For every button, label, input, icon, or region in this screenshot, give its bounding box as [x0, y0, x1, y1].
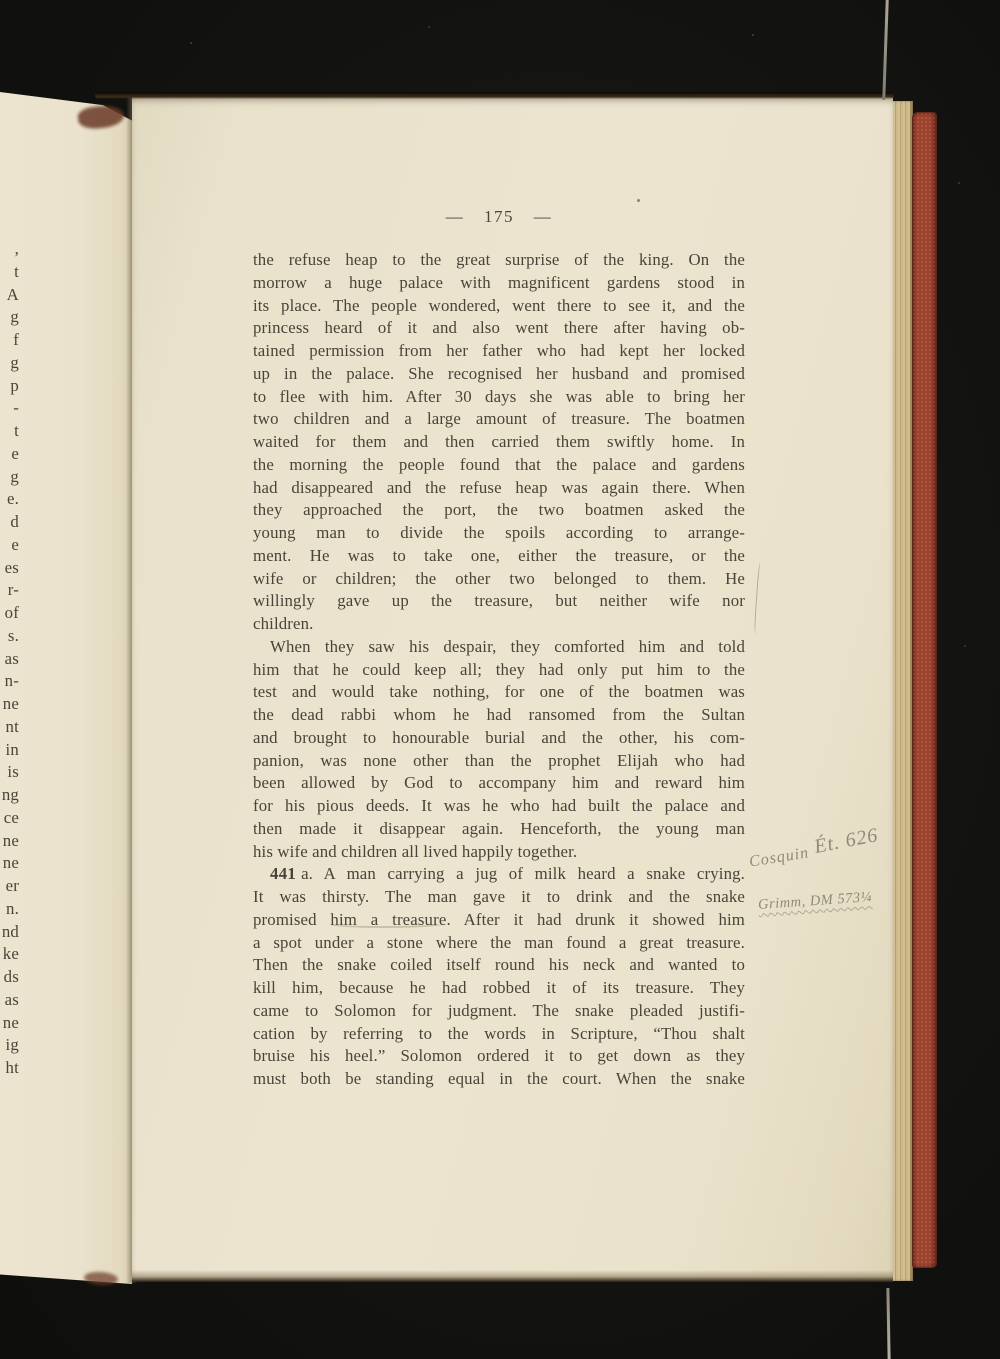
dust-speck: [752, 34, 754, 36]
text-line: the morning the people found that the pa…: [253, 454, 745, 477]
line-fragment: g: [0, 466, 19, 489]
line-text: panion, was none other than the prophet …: [253, 751, 745, 770]
line-text: When they saw his despair, they comforte…: [270, 637, 745, 656]
line-fragment: e: [0, 443, 19, 466]
line-text: tained permission from her father who ha…: [253, 341, 745, 360]
text-line: they approached the port, the two boatme…: [253, 499, 745, 522]
line-text: waited for them and then carried them sw…: [253, 432, 745, 451]
line-text: Then the snake coiled itself round his n…: [253, 955, 745, 974]
page-number: — 175 —: [253, 207, 745, 227]
book-page: — 175 — the refuse heap to the great sur…: [132, 97, 893, 1282]
line-text: been allowed by God to accompany him and…: [253, 773, 745, 792]
line-text: to flee with him. After 30 days she was …: [253, 387, 745, 406]
line-text: morrow a huge palace with magnificent ga…: [253, 273, 745, 292]
line-text: up in the palace. She recognised her hus…: [253, 364, 745, 383]
page-stack-edge: [893, 101, 913, 1281]
line-fragment: as: [0, 989, 19, 1012]
line-fragment: ds: [0, 966, 19, 989]
dust-speck: [964, 645, 966, 647]
line-text: must both be standing equal in the court…: [253, 1069, 745, 1088]
line-text: kill him, because he had robbed it of it…: [253, 978, 745, 997]
line-text: children.: [253, 614, 314, 633]
line-fragment: ke: [0, 943, 19, 966]
line-text: a spot under a stone where the man found…: [253, 933, 745, 952]
facing-page-edge: ,tAgfgp-tege.deesr-ofs.asn-nentinisngcen…: [0, 92, 132, 1284]
text-line: the dead rabbi whom he had ransomed from…: [253, 704, 745, 727]
dust-speck: [190, 42, 192, 44]
line-text: the dead rabbi whom he had ransomed from…: [253, 705, 745, 724]
line-text: the refuse heap to the great surprise of…: [253, 250, 745, 269]
line-text: him that he could keep all; they had onl…: [253, 660, 745, 679]
line-fragment: is: [0, 761, 19, 784]
line-text: princess heard of it and also went there…: [253, 318, 745, 337]
line-text: promised him a treasure. After it had dr…: [253, 910, 745, 929]
text-line: Then the snake coiled itself round his n…: [253, 954, 745, 977]
line-fragment: s.: [0, 625, 19, 648]
text-line: to flee with him. After 30 days she was …: [253, 386, 745, 409]
page-block-top-edge: [95, 92, 894, 99]
line-text: a. A man carrying a jug of milk heard a …: [301, 864, 745, 883]
text-line: waited for them and then carried them sw…: [253, 431, 745, 454]
line-fragment: ig: [0, 1034, 19, 1057]
page-scratch-mark: [753, 562, 763, 634]
line-text: the morning the people found that the pa…: [253, 455, 745, 474]
text-line: the refuse heap to the great surprise of…: [253, 249, 745, 272]
dust-speck: [637, 199, 640, 202]
scan-background: ,tAgfgp-tege.deesr-ofs.asn-nentinisngcen…: [0, 0, 1000, 1359]
line-text: test and would take nothing, for one of …: [253, 682, 745, 701]
line-text: wife or children; the other two belonged…: [253, 569, 745, 588]
text-line: ment. He was to take one, either the tre…: [253, 545, 745, 568]
text-line: panion, was none other than the prophet …: [253, 750, 745, 773]
line-text: young man to divide the spoils according…: [253, 523, 745, 542]
line-fragment: ne: [0, 852, 19, 875]
body-text: the refuse heap to the great surprise of…: [253, 249, 745, 1091]
handwritten-annotation-et-626: Ét. 626: [812, 824, 880, 859]
text-line: for his pious deeds. It was he who had b…: [253, 795, 745, 818]
line-fragment: r-: [0, 579, 19, 602]
paragraph-number: 441: [270, 864, 296, 883]
line-fragment: ,: [0, 238, 19, 261]
text-line: must both be standing equal in the court…: [253, 1068, 745, 1091]
line-fragment: t: [0, 261, 19, 284]
text-line: him that he could keep all; they had onl…: [253, 659, 745, 682]
line-fragment: as: [0, 648, 19, 671]
line-fragment: er: [0, 875, 19, 898]
text-line: its place. The people wondered, went the…: [253, 295, 745, 318]
line-text: ment. He was to take one, either the tre…: [253, 546, 745, 565]
line-text: then made it disappear again. Henceforth…: [253, 819, 745, 838]
line-fragment: t: [0, 420, 19, 443]
line-fragment: g: [0, 306, 19, 329]
line-fragment: in: [0, 739, 19, 762]
page-block-bottom-edge: [132, 1270, 893, 1282]
line-fragment: ne: [0, 830, 19, 853]
text-line: bruise his heel.” Solomon ordered it to …: [253, 1045, 745, 1068]
text-line: morrow a huge palace with magnificent ga…: [253, 272, 745, 295]
line-fragment: n.: [0, 898, 19, 921]
line-fragment: ht: [0, 1057, 19, 1080]
text-line: had disappeared and the refuse heap was …: [253, 477, 745, 500]
line-fragment: nd: [0, 921, 19, 944]
text-line: wife or children; the other two belonged…: [253, 568, 745, 591]
line-fragment: A: [0, 284, 19, 307]
line-fragment: n-: [0, 670, 19, 693]
line-text: had disappeared and the refuse heap was …: [253, 478, 745, 497]
text-line: his wife and children all lived happily …: [253, 841, 745, 864]
line-text: bruise his heel.” Solomon ordered it to …: [253, 1046, 745, 1065]
text-line: been allowed by God to accompany him and…: [253, 772, 745, 795]
line-text: his wife and children all lived happily …: [253, 842, 577, 861]
line-fragment: ng: [0, 784, 19, 807]
text-line: princess heard of it and also went there…: [253, 317, 745, 340]
line-text: It was thirsty. The man gave it to drink…: [253, 887, 745, 906]
line-fragment: e.: [0, 488, 19, 511]
text-line: and brought to honourable burial and the…: [253, 727, 745, 750]
dust-speck: [958, 182, 960, 184]
text-line: kill him, because he had robbed it of it…: [253, 977, 745, 1000]
line-fragment: p: [0, 375, 19, 398]
line-text: its place. The people wondered, went the…: [253, 296, 745, 315]
text-line: a spot under a stone where the man found…: [253, 932, 745, 955]
line-fragment: ce: [0, 807, 19, 830]
dust-speck: [428, 26, 430, 28]
text-line: then made it disappear again. Henceforth…: [253, 818, 745, 841]
line-fragment: d: [0, 511, 19, 534]
line-fragment: ne: [0, 693, 19, 716]
text-line: children.: [253, 613, 745, 636]
line-text: and brought to honourable burial and the…: [253, 728, 745, 747]
line-text: for his pious deeds. It was he who had b…: [253, 796, 745, 815]
handwritten-annotation-grimm: Grimm, DM 573¼: [758, 889, 873, 914]
line-fragment: ne: [0, 1012, 19, 1035]
text-line: It was thirsty. The man gave it to drink…: [253, 886, 745, 909]
line-text: they approached the port, the two boatme…: [253, 500, 745, 519]
line-fragment: f: [0, 329, 19, 352]
facing-page-line-fragments: ,tAgfgp-tege.deesr-ofs.asn-nentinisngcen…: [0, 238, 19, 1080]
line-text: came to Solomon for judgment. The snake …: [253, 1001, 745, 1020]
bookmark-thread-top: [882, 0, 888, 100]
text-line: two children and a large amount of treas…: [253, 408, 745, 431]
line-text: cation by referring to the words in Scri…: [253, 1024, 745, 1043]
line-fragment: e: [0, 534, 19, 557]
text-line: up in the palace. She recognised her hus…: [253, 363, 745, 386]
text-line: young man to divide the spoils according…: [253, 522, 745, 545]
line-text: willingly gave up the treasure, but neit…: [253, 591, 745, 610]
line-fragment: of: [0, 602, 19, 625]
text-line: promised him a treasure. After it had dr…: [253, 909, 745, 932]
line-text: two children and a large amount of treas…: [253, 409, 745, 428]
line-fragment: g: [0, 352, 19, 375]
line-fragment: -: [0, 397, 19, 420]
text-line: 441a. A man carrying a jug of milk heard…: [253, 863, 745, 886]
text-line: willingly gave up the treasure, but neit…: [253, 590, 745, 613]
text-line: tained permission from her father who ha…: [253, 340, 745, 363]
text-line: came to Solomon for judgment. The snake …: [253, 1000, 745, 1023]
bookmark-thread-bottom: [886, 1288, 890, 1359]
text-line: cation by referring to the words in Scri…: [253, 1023, 745, 1046]
text-line: test and would take nothing, for one of …: [253, 681, 745, 704]
line-fragment: es: [0, 557, 19, 580]
text-line: When they saw his despair, they comforte…: [253, 636, 745, 659]
book-cover-edge: [912, 112, 937, 1268]
handwritten-annotation-cosquin: Cosquin: [748, 844, 810, 871]
line-fragment: nt: [0, 716, 19, 739]
